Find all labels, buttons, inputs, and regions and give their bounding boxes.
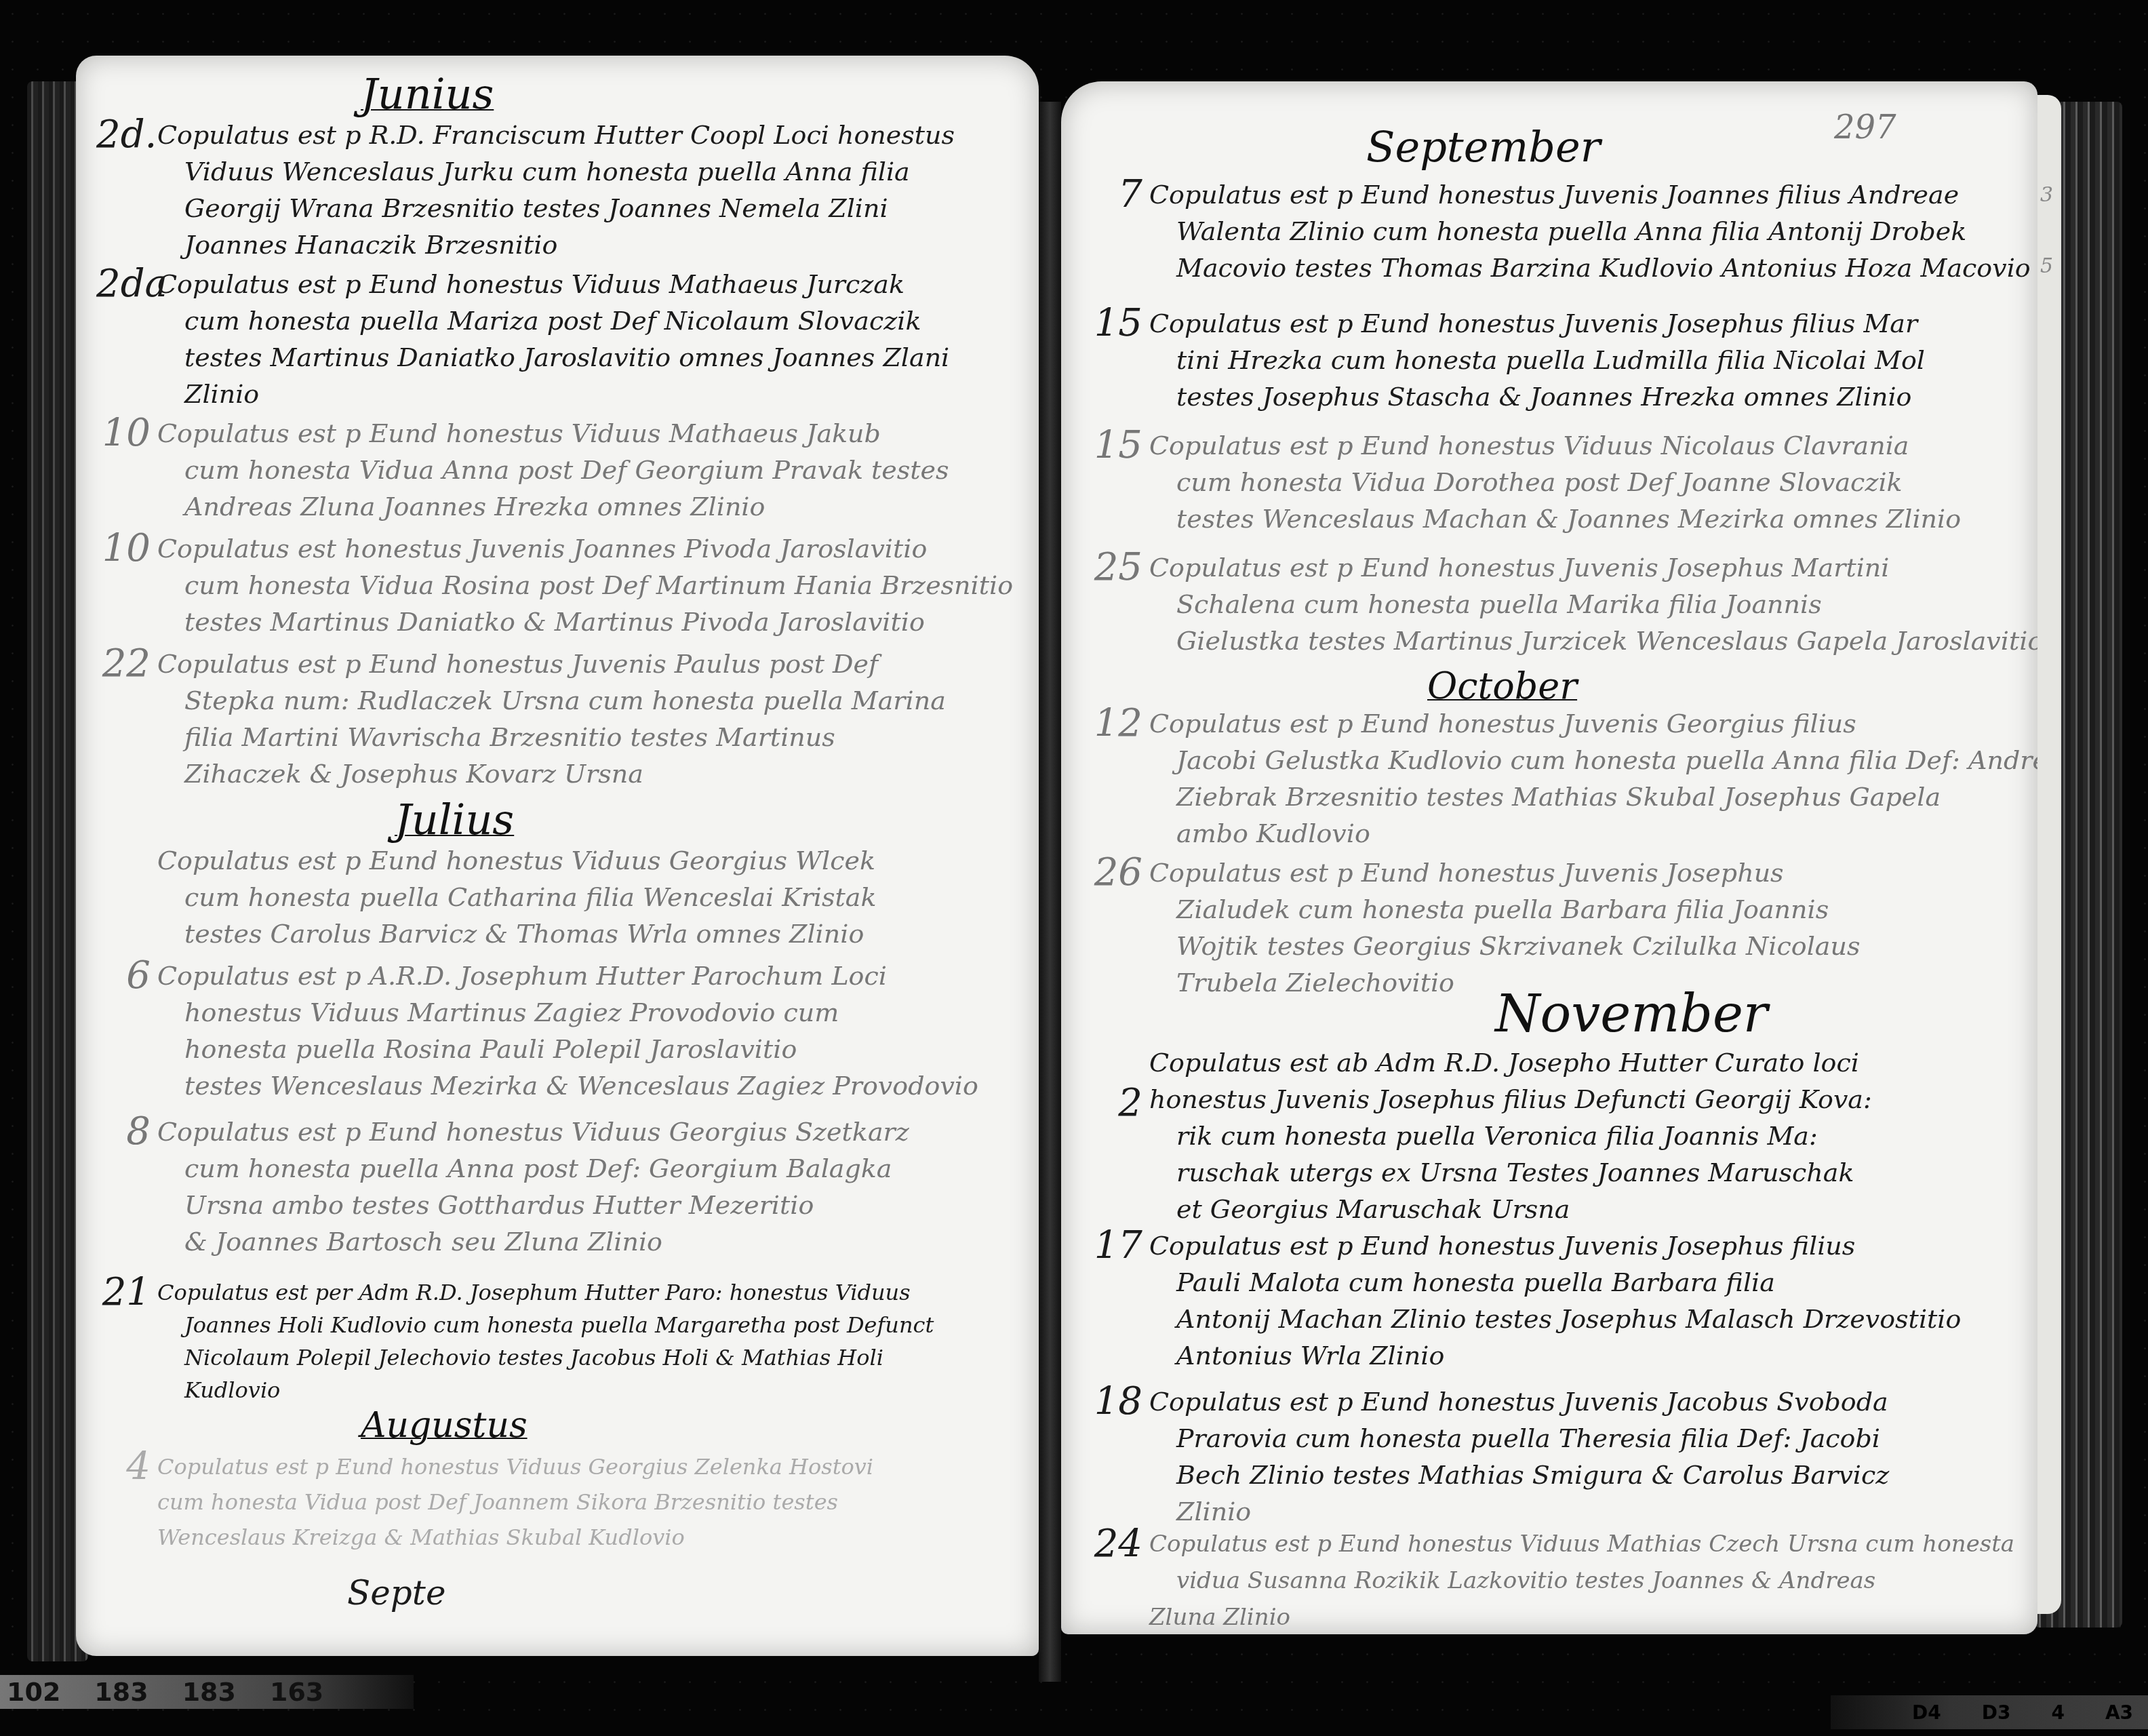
entry-day: 6 — [96, 958, 151, 994]
register-entry: 25 Copulatus est p Eund honestus Juvenis… — [1149, 549, 2037, 659]
register-entry: 8 Copulatus est p Eund honestus Viduus G… — [157, 1113, 909, 1260]
entry-line: testes Wenceslaus Machan & Joannes Mezir… — [1149, 500, 1961, 537]
register-entry: 15 Copulatus est p Eund honestus Juvenis… — [1149, 305, 1925, 415]
book-gutter — [1039, 102, 1061, 1682]
scale-label: D3 — [1982, 1701, 2011, 1724]
entry-line: Copulatus est p Eund honestus Viduus Mat… — [157, 415, 949, 452]
entry-line: Copulatus est p Eund honestus Juvenis Pa… — [157, 646, 946, 682]
register-entry: 26 Copulatus est p Eund honestus Juvenis… — [1149, 854, 1860, 1001]
register-entry: 7 Copulatus est p Eund honestus Juvenis … — [1149, 176, 2031, 286]
entry-line: Copulatus est p Eund honestus Viduus Geo… — [157, 842, 876, 879]
left-page: Junius 2d. Copulatus est p R.D. Francisc… — [76, 56, 1039, 1656]
register-entry: 18 Copulatus est p Eund honestus Juvenis… — [1149, 1383, 1889, 1530]
entry-line: Nicolaum Polepil Jelechovio testes Jacob… — [157, 1341, 934, 1374]
entry-line: Copulatus est p Eund honestus Juvenis Jo… — [1149, 549, 2037, 586]
entry-day: 2d. — [96, 117, 151, 153]
entry-line: ambo Kudlovio — [1149, 815, 2037, 852]
entry-line: Copulatus est p R.D. Franciscum Hutter C… — [157, 117, 955, 153]
entry-line: Macovio testes Thomas Barzina Kudlovio A… — [1149, 250, 2031, 286]
entry-line: cum honesta puella Anna post Def: Georgi… — [157, 1150, 909, 1187]
entry-line: Copulatus est per Adm R.D. Josephum Hutt… — [157, 1276, 934, 1309]
entry-line: & Joannes Bartosch seu Zluna Zlinio — [157, 1223, 909, 1260]
entry-line: Kudlovio — [157, 1374, 934, 1406]
scale-label: D4 — [1912, 1701, 1941, 1724]
entry-day: 10 — [96, 415, 151, 452]
entry-line: Ursna ambo testes Gotthardus Hutter Meze… — [157, 1187, 909, 1223]
entry-day: 22 — [96, 646, 151, 682]
entry-line: ruschak utergs ex Ursna Testes Joannes M… — [1149, 1154, 1872, 1191]
entry-line: Copulatus est ab Adm R.D. Josepho Hutter… — [1149, 1044, 1872, 1081]
entry-line: cum honesta puella Mariza post Def Nicol… — [157, 302, 949, 339]
entry-line: Copulatus est p Eund honestus Viduus Mat… — [1149, 1526, 2014, 1562]
register-entry: 2da Copulatus est p Eund honestus Viduus… — [157, 266, 949, 412]
entry-line: Copulatus est p Eund honestus Juvenis Jo… — [1149, 176, 2031, 213]
register-entry: 10 Copulatus est p Eund honestus Viduus … — [157, 415, 949, 525]
entry-day: 24 — [1088, 1526, 1142, 1562]
scale-label: A3 — [2105, 1701, 2133, 1724]
entry-line: Antonij Machan Zlinio testes Josephus Ma… — [1149, 1301, 1961, 1337]
entry-line: Wenceslaus Kreizga & Mathias Skubal Kudl… — [157, 1520, 873, 1555]
entry-line: et Georgius Maruschak Ursna — [1149, 1191, 1872, 1227]
entry-line: Copulatus est p Eund honestus Viduus Geo… — [157, 1113, 909, 1150]
entry-line: Copulatus est p Eund honestus Juvenis Ge… — [1149, 705, 2037, 742]
entry-day: 2da — [96, 266, 151, 302]
register-entry: 24 Copulatus est p Eund honestus Viduus … — [1149, 1526, 2014, 1634]
entry-line: cum honesta Vidua Rosina post Def Martin… — [157, 567, 1013, 604]
film-scale-left: 102 183 183 163 — [0, 1675, 414, 1709]
entry-line: Zluna Zlinio — [1149, 1599, 2014, 1634]
catchword: Septe — [347, 1575, 446, 1611]
entry-day: 18 — [1088, 1383, 1142, 1420]
entry-line: Walenta Zlinio cum honesta puella Anna f… — [1149, 213, 2031, 250]
entry-day: 12 — [1088, 705, 1142, 742]
month-heading-julius: Julius — [395, 795, 514, 844]
entry-day: 15 — [1088, 305, 1142, 342]
entry-line: Zialudek cum honesta puella Barbara fili… — [1149, 891, 1860, 928]
register-entry: 10 Copulatus est honestus Juvenis Joanne… — [157, 530, 1013, 640]
entry-line: Stepka num: Rudlaczek Ursna cum honesta … — [157, 682, 946, 719]
entry-line: Copulatus est p A.R.D. Josephum Hutter P… — [157, 958, 978, 994]
entry-day: 26 — [1088, 854, 1142, 891]
scale-label: 4 — [2051, 1701, 2064, 1724]
entry-day: 25 — [1088, 549, 1142, 586]
entry-line: tini Hrezka cum honesta puella Ludmilla … — [1149, 342, 1925, 378]
entry-line: Gielustka testes Martinus Jurzicek Wence… — [1149, 623, 2037, 659]
entry-line: filia Martini Wavrischa Brzesnitio teste… — [157, 719, 946, 755]
entry-line: honesta puella Rosina Pauli Polepil Jaro… — [157, 1031, 978, 1067]
entry-line: vidua Susanna Rozikik Lazkovitio testes … — [1149, 1562, 2014, 1599]
entry-day: 15 — [1088, 427, 1142, 464]
month-heading-october: October — [1427, 665, 1577, 707]
entry-line: testes Martinus Daniatko Jaroslavitio om… — [157, 339, 949, 376]
month-heading-september: September — [1366, 122, 1600, 172]
entry-line: Copulatus est p Eund honestus Viduus Mat… — [157, 266, 949, 302]
register-entry: 12 Copulatus est p Eund honestus Juvenis… — [1149, 705, 2037, 852]
entry-day: 8 — [96, 1113, 151, 1150]
entry-line: Copulatus est p Eund honestus Juvenis Jo… — [1149, 854, 1860, 891]
entry-day: 10 — [96, 530, 151, 567]
entry-line: Jacobi Gelustka Kudlovio cum honesta pue… — [1149, 742, 2037, 778]
right-page: 297 September 7 Copulatus est p Eund hon… — [1061, 81, 2037, 1634]
month-heading-junius: Junius — [361, 69, 494, 119]
film-scale-right: D4 D3 4 A3 — [1831, 1695, 2148, 1729]
entry-line: Bech Zlinio testes Mathias Smigura & Car… — [1149, 1457, 1889, 1493]
month-heading-november: November — [1495, 983, 1768, 1044]
scale-label: 163 — [270, 1677, 323, 1707]
entry-line: honestus Viduus Martinus Zagiez Provodov… — [157, 994, 978, 1031]
entry-line: Wojtik testes Georgius Skrzivanek Czilul… — [1149, 928, 1860, 964]
month-heading-augustus: Augustus — [361, 1405, 528, 1446]
register-entry: 2d. Copulatus est p R.D. Franciscum Hutt… — [157, 117, 955, 263]
entry-line: testes Carolus Barvicz & Thomas Wrla omn… — [157, 915, 876, 952]
entry-line: cum honesta Vidua post Def Joannem Sikor… — [157, 1484, 873, 1520]
entry-line: testes Martinus Daniatko & Martinus Pivo… — [157, 604, 1013, 640]
entry-line: testes Josephus Stascha & Joannes Hrezka… — [1149, 378, 1925, 415]
register-entry: 21 Copulatus est per Adm R.D. Josephum H… — [157, 1276, 934, 1406]
entry-line: Joannes Holi Kudlovio cum honesta puella… — [157, 1309, 934, 1341]
entry-line: Zlinio — [1149, 1493, 1889, 1530]
entry-line: Ziebrak Brzesnitio testes Mathias Skubal… — [1149, 778, 2037, 815]
entry-day: 17 — [1088, 1227, 1142, 1264]
entry-line: cum honesta Vidua Anna post Def Georgium… — [157, 452, 949, 488]
entry-line: Copulatus est p Eund honestus Juvenis Jo… — [1149, 1227, 1961, 1264]
scale-label: 183 — [94, 1677, 148, 1707]
entry-line: cum honesta Vidua Dorothea post Def Joan… — [1149, 464, 1961, 500]
entry-line: rik cum honesta puella Veronica filia Jo… — [1149, 1118, 1872, 1154]
scale-label: 102 — [7, 1677, 60, 1707]
entry-day: 4 — [96, 1449, 151, 1484]
register-entry: 6 Copulatus est p A.R.D. Josephum Hutter… — [157, 958, 978, 1104]
register-entry: Copulatus est p Eund honestus Viduus Geo… — [157, 842, 876, 952]
entry-line: Viduus Wenceslaus Jurku cum honesta puel… — [157, 153, 955, 190]
register-entry: 15 Copulatus est p Eund honestus Viduus … — [1149, 427, 1961, 537]
entry-line: Pauli Malota cum honesta puella Barbara … — [1149, 1264, 1961, 1301]
folio-number: 297 — [1834, 108, 1896, 146]
entry-line: Zihaczek & Josephus Kovarz Ursna — [157, 755, 946, 792]
entry-line: Copulatus est p Eund honestus Juvenis Jo… — [1149, 305, 1925, 342]
entry-day: 2 — [1088, 1085, 1142, 1122]
entry-line: Copulatus est p Eund honestus Juvenis Ja… — [1149, 1383, 1889, 1420]
register-entry: 17 Copulatus est p Eund honestus Juvenis… — [1149, 1227, 1961, 1374]
entry-line: Prarovia cum honesta puella Theresia fil… — [1149, 1420, 1889, 1457]
entry-line: Antonius Wrla Zlinio — [1149, 1337, 1961, 1374]
register-entry: 4 Copulatus est p Eund honestus Viduus G… — [157, 1449, 873, 1555]
entry-line: Copulatus est p Eund honestus Viduus Nic… — [1149, 427, 1961, 464]
entry-day: 7 — [1088, 176, 1142, 213]
entry-line: Georgij Wrana Brzesnitio testes Joannes … — [157, 190, 955, 226]
entry-line: Andreas Zluna Joannes Hrezka omnes Zlini… — [157, 488, 949, 525]
entry-day: 21 — [96, 1276, 151, 1309]
entry-line: testes Wenceslaus Mezirka & Wenceslaus Z… — [157, 1067, 978, 1104]
register-entry: 2 Copulatus est ab Adm R.D. Josepho Hutt… — [1149, 1044, 1872, 1227]
entry-line: Joannes Hanaczik Brzesnitio — [157, 226, 955, 263]
scale-label: 183 — [182, 1677, 236, 1707]
entry-line: Zlinio — [157, 376, 949, 412]
entry-line: Copulatus est honestus Juvenis Joannes P… — [157, 530, 1013, 567]
entry-line: Schalena cum honesta puella Marika filia… — [1149, 586, 2037, 623]
entry-line: Copulatus est p Eund honestus Viduus Geo… — [157, 1449, 873, 1484]
register-entry: 22 Copulatus est p Eund honestus Juvenis… — [157, 646, 946, 792]
entry-line: cum honesta puella Catharina filia Wence… — [157, 879, 876, 915]
entry-line: honestus Juvenis Josephus filius Defunct… — [1149, 1081, 1872, 1118]
